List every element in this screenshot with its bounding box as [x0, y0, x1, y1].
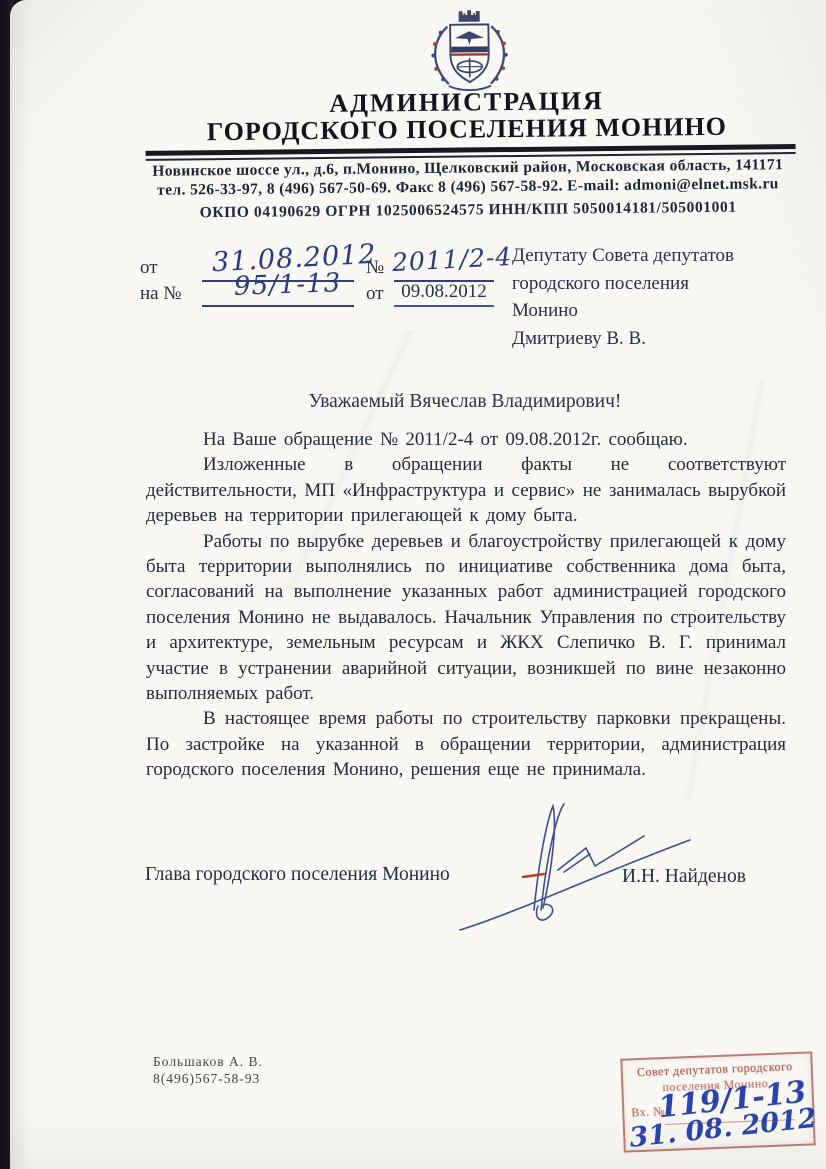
org-name-line2: ГОРОДСКОГО ПОСЕЛЕНИЯ МОНИНО: [139, 111, 794, 148]
ref-from-label: от: [140, 257, 158, 279]
executor-name: Большаков А. В.: [153, 1053, 263, 1070]
registry-line: ОКПО 04190629 ОГРН 1025006524575 ИНН/КПП…: [130, 198, 806, 223]
scanned-letter-page: АДМИНИСТРАЦИЯ ГОРОДСКОГО ПОСЕЛЕНИЯ МОНИН…: [10, 0, 826, 1169]
recipient-line: Монино: [512, 297, 772, 325]
ref-reply-number-field: 95/1-13: [202, 276, 354, 307]
body-paragraph: Работы по вырубке деревьев и благоустрой…: [146, 529, 786, 707]
greeting: Уважаемый Вячеслав Владимирович!: [145, 391, 785, 413]
ref-number-field: 2011/2-4: [394, 249, 494, 282]
recipient-line: Дмитриеву В. В.: [512, 325, 772, 353]
ref-reply-date-label: от: [366, 283, 384, 305]
letter-body: На Ваше обращение № 2011/2-4 от 09.08.20…: [146, 427, 786, 783]
signatory-name: И.Н. Найденов: [622, 866, 746, 888]
coat-of-arms-icon: [414, 5, 525, 94]
ref-number-handwritten: 2011/2-4: [391, 242, 513, 277]
executor-phone: 8(496)567-58-93: [153, 1070, 263, 1087]
ref-reply-label: на №: [140, 283, 181, 305]
incoming-stamp: Совет депутатов городского поселения Мон…: [620, 1051, 815, 1152]
letterhead: АДМИНИСТРАЦИЯ ГОРОДСКОГО ПОСЕЛЕНИЯ МОНИН…: [10, 0, 826, 4]
ref-reply-number-handwritten: 95/1-13: [234, 268, 342, 302]
recipient-line: городского поселения: [512, 270, 772, 298]
body-paragraph: На Ваше обращение № 2011/2-4 от 09.08.20…: [146, 427, 786, 452]
signature-title: Глава городского поселения Монино: [145, 864, 450, 886]
ref-reply-date-field: 09.08.2012: [394, 281, 494, 307]
executor-block: Большаков А. В. 8(496)567-58-93: [153, 1053, 263, 1087]
body-paragraph: В настоящее время работы по строительств…: [146, 706, 786, 782]
recipient-block: Депутату Совета депутатов городского пос…: [512, 242, 772, 352]
recipient-line: Депутату Совета депутатов: [512, 242, 772, 270]
ref-number-label: №: [366, 257, 384, 279]
body-paragraph: Изложенные в обращении факты не соответс…: [146, 452, 786, 528]
